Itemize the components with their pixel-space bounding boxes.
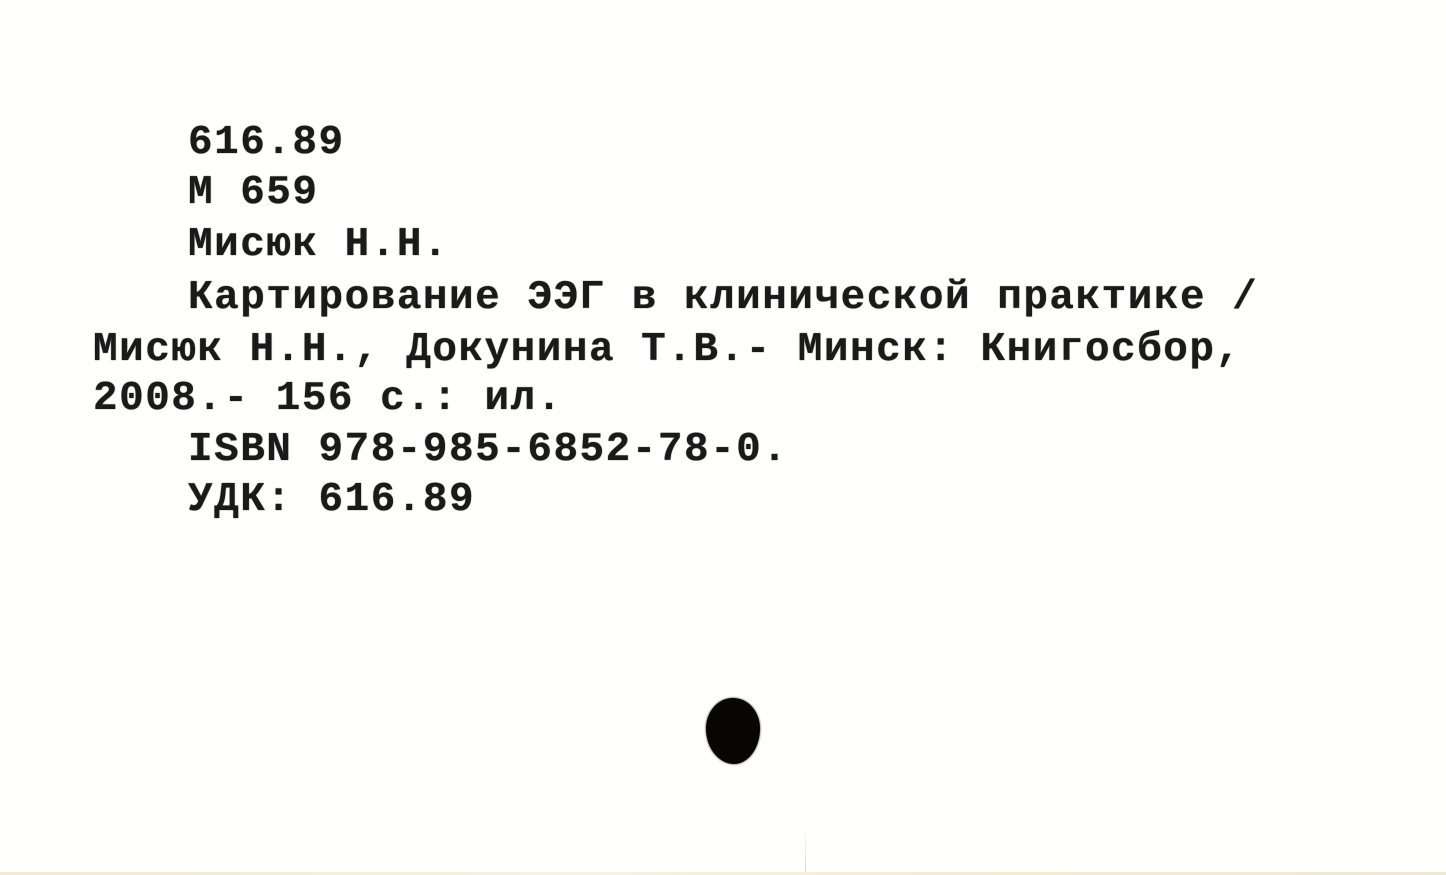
classification-number: 616.89 <box>188 120 345 166</box>
author-sign: М 659 <box>188 170 319 216</box>
extent-line: 2008.- 156 с.: ил. <box>93 376 563 422</box>
paper-crease <box>805 820 806 875</box>
udc-line: УДК: 616.89 <box>188 477 475 523</box>
imprint-line: Мисюк Н.Н., Докунина Т.В.- Минск: Книгос… <box>93 327 1242 373</box>
author-heading: Мисюк Н.Н. <box>188 222 449 268</box>
isbn-line: ISBN 978-985-6852-78-0. <box>188 427 788 473</box>
title-line: Картирование ЭЭГ в клинической практике … <box>188 275 1258 321</box>
library-catalog-card: 616.89 М 659 Мисюк Н.Н. Картирование ЭЭГ… <box>0 0 1446 875</box>
punch-hole <box>706 698 760 764</box>
